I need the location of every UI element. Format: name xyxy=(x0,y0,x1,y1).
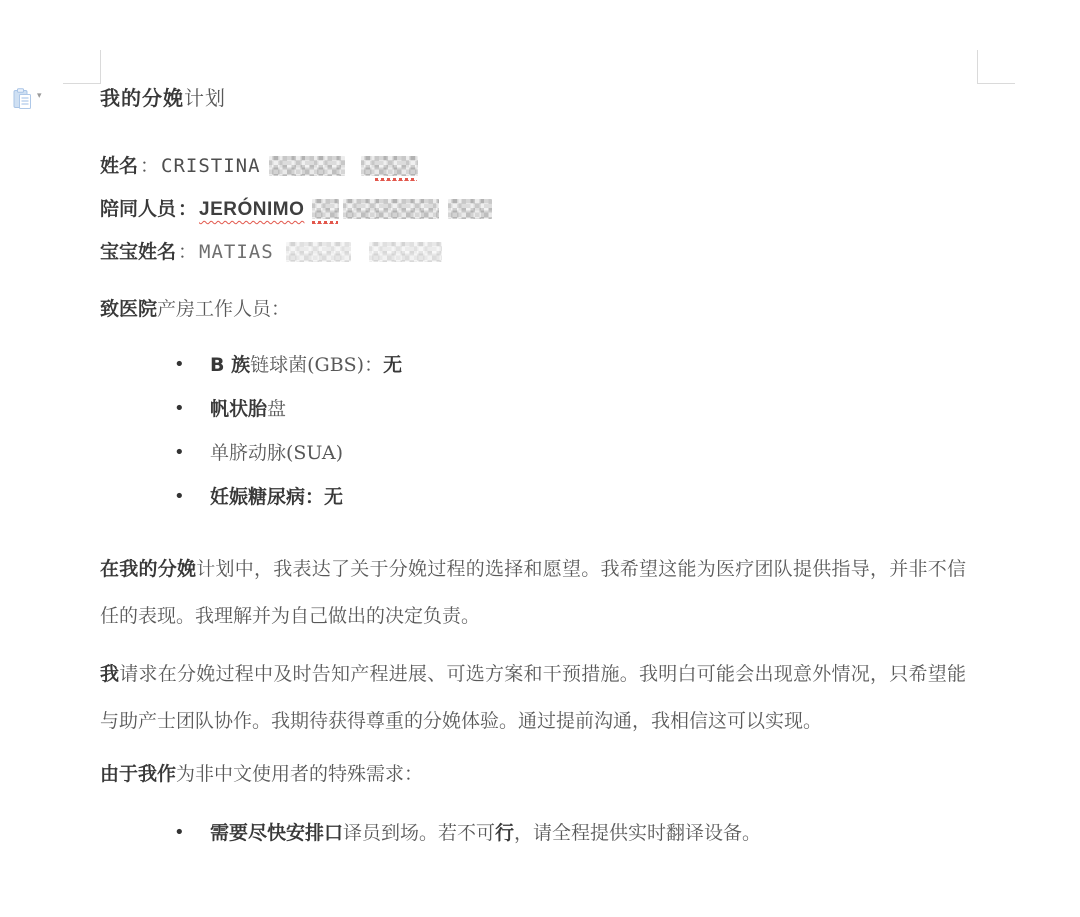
field-row-companion: 陪同人员：JERÓNIMO xyxy=(100,188,966,231)
text-run: 为非中文使用者的特殊需求： xyxy=(176,763,423,785)
chevron-down-icon: ▾ xyxy=(37,92,42,101)
text-run: 请求在分娩过程中及时告知产程进展、可选方案和干预措施。我明白可能会出现意外情况，… xyxy=(100,663,966,732)
paragraph-communication-request: 我请求在分娩过程中及时告知产程进展、可选方案和干预措施。我明白可能会出现意外情况… xyxy=(100,651,966,745)
text-run: 单脐动脉(SUA) xyxy=(210,442,343,464)
spellcheck-squiggle xyxy=(375,178,417,181)
text-run: 需要尽快安排口 xyxy=(210,822,343,844)
title-text-bold: 我的分娩 xyxy=(100,86,184,110)
special-needs-heading: 由于我作为非中文使用者的特殊需求： xyxy=(100,751,966,798)
greeting-line: 致医院产房工作人员： xyxy=(100,288,966,331)
field-label: 姓名 xyxy=(100,155,138,177)
redacted-name-block xyxy=(269,156,345,176)
redacted-name-block xyxy=(448,199,492,219)
text-run: 帆状胎 xyxy=(210,398,267,420)
redacted-name-block xyxy=(361,156,418,176)
field-colon: ： xyxy=(176,198,199,220)
text-run: 我 xyxy=(100,663,119,685)
text-run: ，请全程提供实时翻译设备。 xyxy=(514,822,761,844)
text-run: 链球菌(GBS)： xyxy=(250,354,383,376)
list-item: •妊娠糖尿病：无 xyxy=(100,475,966,519)
paragraph-birth-plan-intent: 在我的分娩计划中，我表达了关于分娩过程的选择和愿望。我希望这能为医疗团队提供指导… xyxy=(100,546,966,640)
text-boundary-corner-right xyxy=(977,50,1015,84)
field-value-name: MATIAS xyxy=(199,241,274,263)
document-page: 我的分娩计划 姓名：CRISTINA 陪同人员：JERÓNIMO 宝宝姓名：MA… xyxy=(100,84,966,855)
medical-conditions-list: •B 族链球菌(GBS)：无 •帆状胎盘 •单脐动脉(SUA) •妊娠糖尿病：无 xyxy=(100,343,966,519)
field-value-name: JERÓNIMO xyxy=(199,199,304,220)
list-item: •帆状胎盘 xyxy=(100,387,966,431)
page-title: 我的分娩计划 xyxy=(100,84,966,112)
text-boundary-corner-left xyxy=(63,50,101,84)
bullet-icon: • xyxy=(174,431,210,475)
field-colon: ： xyxy=(138,155,161,177)
bullet-icon: • xyxy=(174,811,210,855)
name-fields: 姓名：CRISTINA 陪同人员：JERÓNIMO 宝宝姓名：MATIAS xyxy=(100,145,966,274)
spellcheck-squiggle xyxy=(312,221,338,224)
text-run: 由于我作 xyxy=(100,763,176,785)
list-item: •单脐动脉(SUA) xyxy=(100,431,966,475)
text-run: 行 xyxy=(495,822,514,844)
text-run: B 族 xyxy=(210,354,250,376)
field-row-baby-name: 宝宝姓名：MATIAS xyxy=(100,231,966,274)
field-row-name: 姓名：CRISTINA xyxy=(100,145,966,188)
paste-options-button[interactable]: ▾ xyxy=(13,88,42,110)
greeting-bold: 致医院 xyxy=(100,298,157,320)
title-text-regular: 计划 xyxy=(184,86,226,110)
greeting-rest: 产房工作人员： xyxy=(157,298,290,320)
redacted-name-block xyxy=(312,199,339,219)
list-item: •B 族链球菌(GBS)：无 xyxy=(100,343,966,387)
bullet-icon: • xyxy=(174,387,210,431)
field-value-name: CRISTINA xyxy=(161,155,261,177)
redacted-name-block xyxy=(343,199,439,219)
text-run: 无 xyxy=(383,354,402,376)
list-item: •需要尽快安排口译员到场。若不可行，请全程提供实时翻译设备。 xyxy=(100,811,966,855)
clipboard-paste-icon xyxy=(13,88,32,110)
field-colon: ： xyxy=(176,241,199,263)
redacted-name-block xyxy=(369,242,442,262)
bullet-icon: • xyxy=(174,343,210,387)
text-run: 妊娠糖尿病：无 xyxy=(210,486,343,508)
text-run: 译员到场。若不可 xyxy=(343,822,495,844)
field-label: 陪同人员 xyxy=(100,198,176,220)
text-run: 计划中，我表达了关于分娩过程的选择和愿望。我希望这能为医疗团队提供指导，并非不信… xyxy=(100,558,966,627)
text-run: 盘 xyxy=(267,398,286,420)
text-run: 在我的分娩 xyxy=(100,558,196,580)
redacted-name-block xyxy=(286,242,351,262)
special-needs-list: •需要尽快安排口译员到场。若不可行，请全程提供实时翻译设备。 xyxy=(100,811,966,855)
bullet-icon: • xyxy=(174,475,210,519)
field-label: 宝宝姓名 xyxy=(100,241,176,263)
